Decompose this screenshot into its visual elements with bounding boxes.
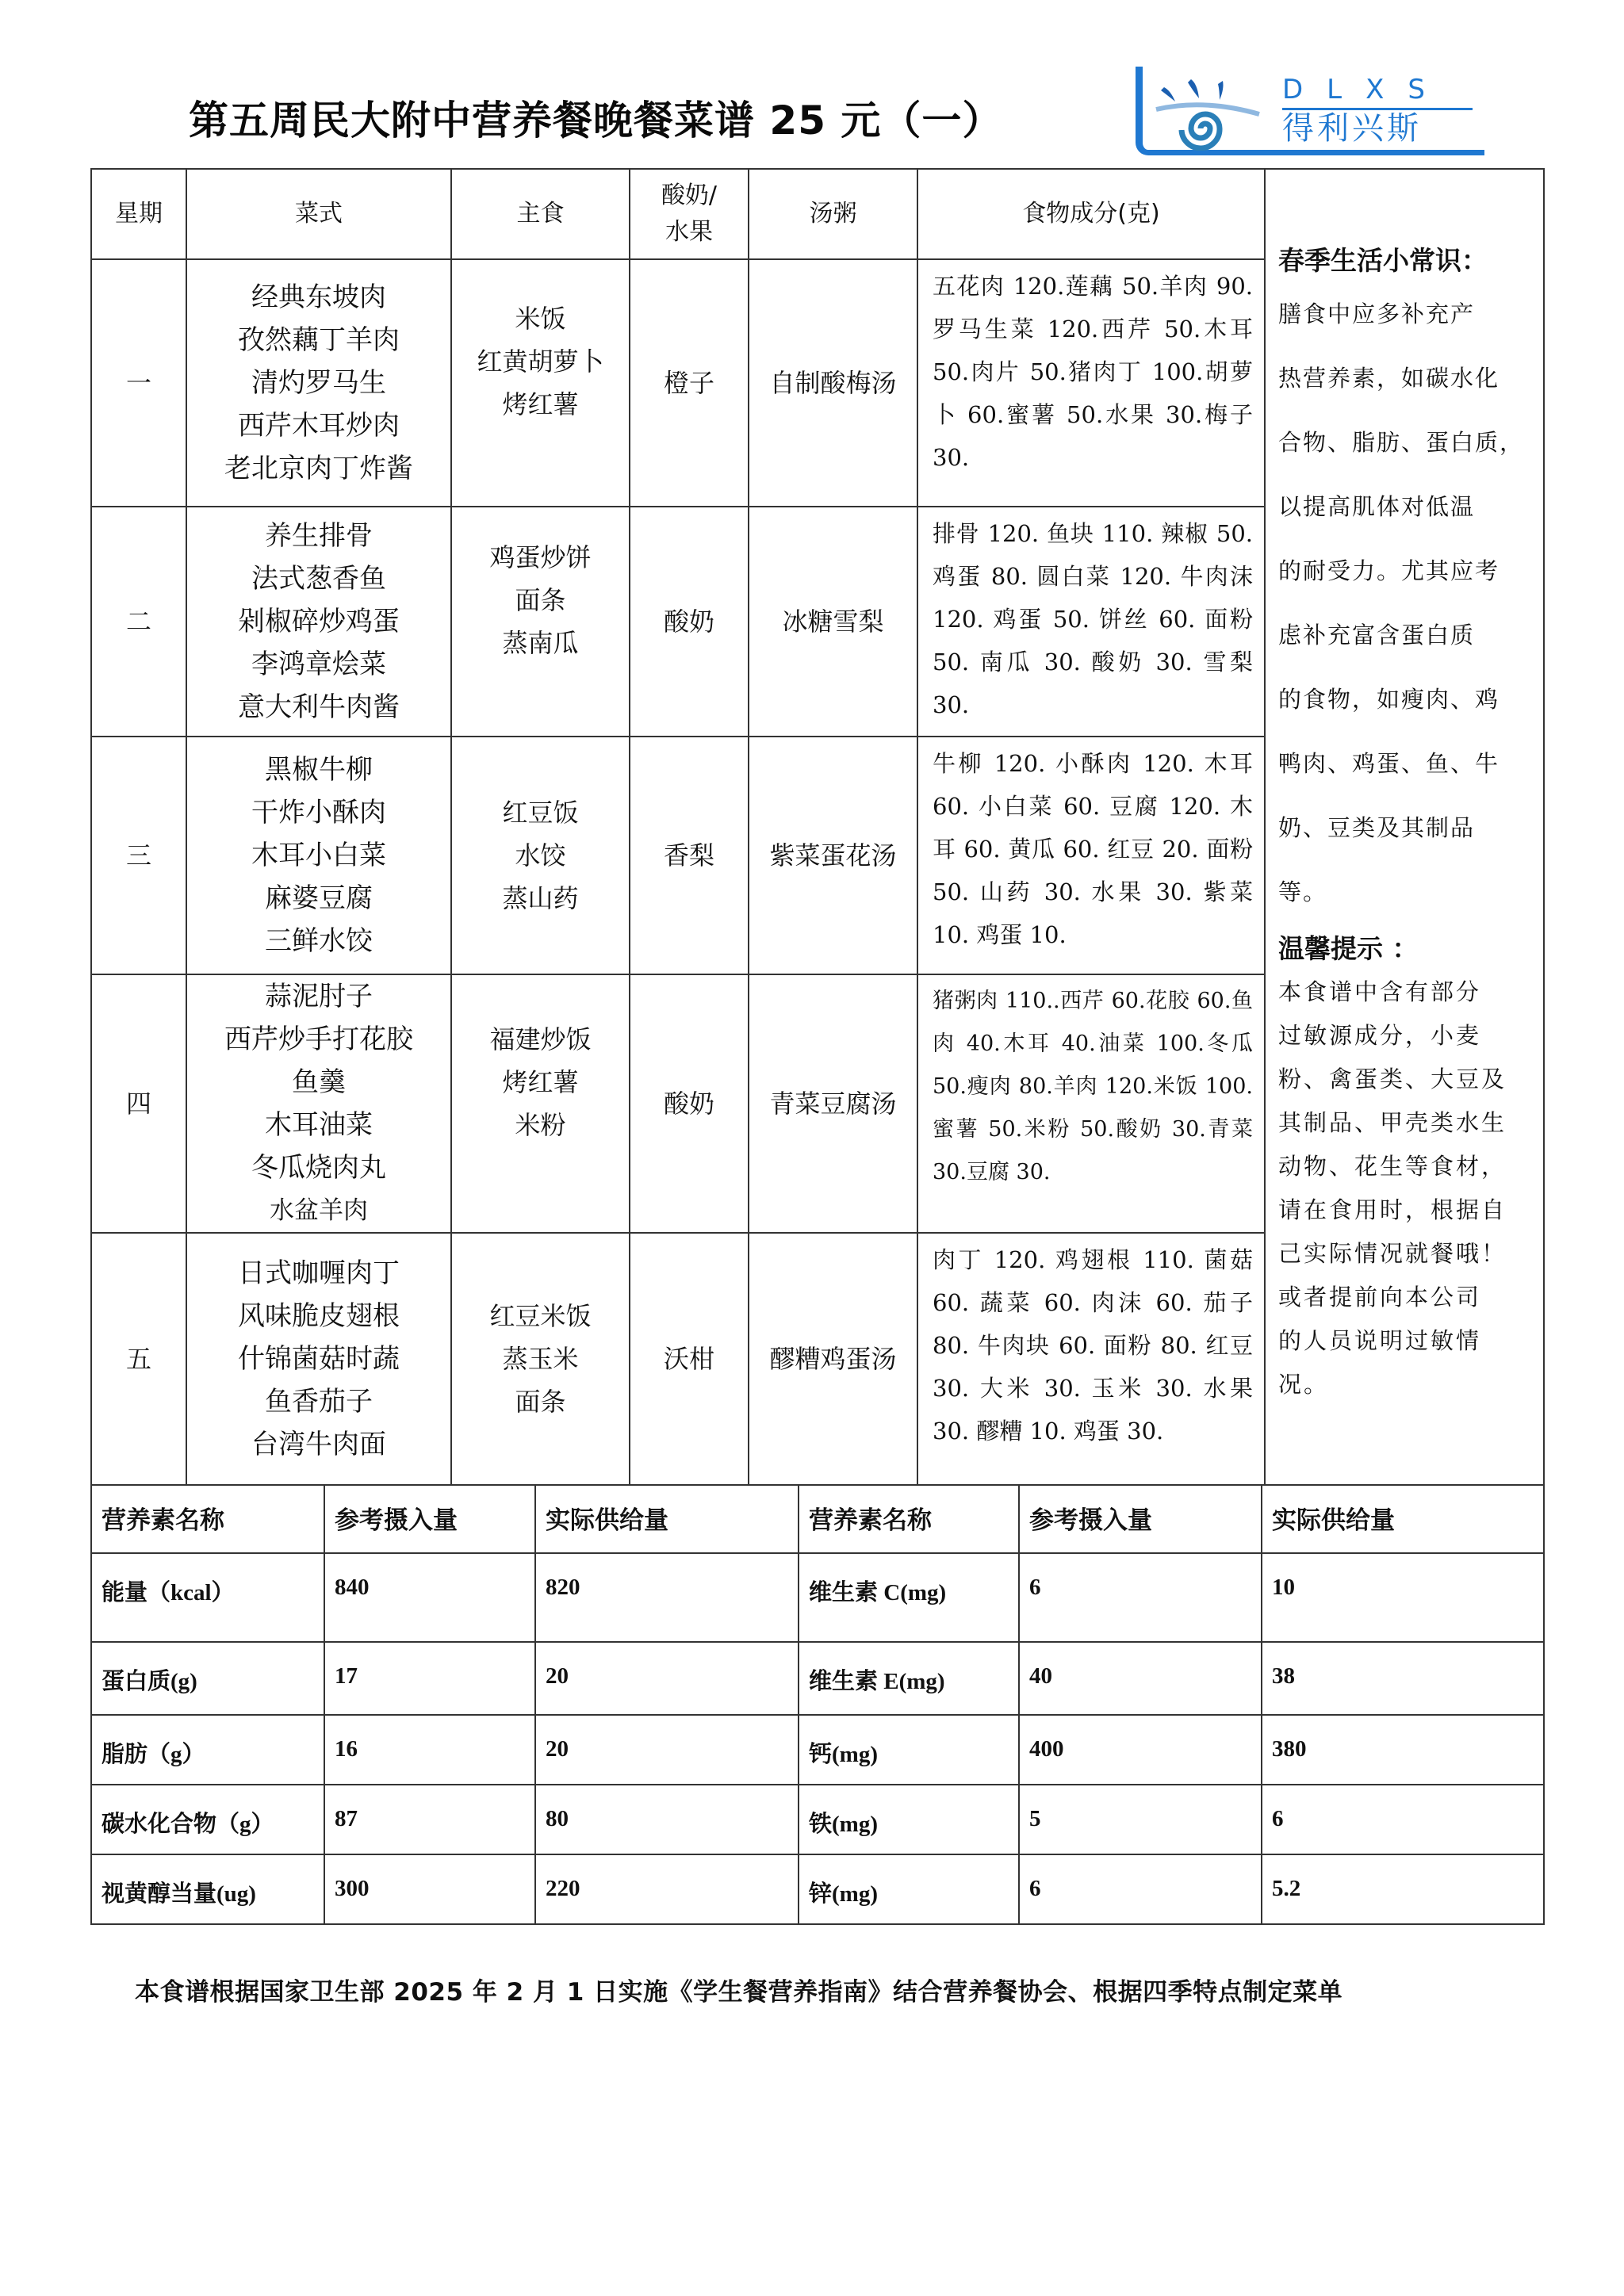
soup-cell: 青菜豆腐汤	[749, 974, 917, 1233]
staples-cell: 米饭 红黄胡萝卜 烤红薯	[451, 259, 630, 507]
col-header-nutrient: 营养素名称	[91, 1485, 324, 1553]
yogurt-fruit-cell: 橙子	[630, 259, 749, 507]
col-header-reference: 参考摄入量	[1019, 1485, 1262, 1553]
weekly-menu-table: 星期 菜式 主食 酸奶/ 水果 汤粥 食物成分(克) 春季生活小常识： 膳食中应…	[90, 168, 1545, 1486]
allergy-warning-text: 本食谱中含有部分 过敏源成分，小麦 粉、禽蛋类、大豆及 其制品、甲壳类水生 动物…	[1278, 970, 1534, 1406]
tips-panel: 春季生活小常识： 膳食中应多补充产 热营养素，如碳水化 合物、脂肪、蛋白质， 以…	[1265, 169, 1544, 1485]
staples-cell: 鸡蛋炒饼 面条 蒸南瓜	[451, 507, 630, 737]
ingredients-cell: 排骨 120. 鱼块 110. 辣椒 50. 鸡蛋 80. 圆白菜 120. 牛…	[917, 507, 1265, 737]
day-cell: 五	[91, 1233, 186, 1485]
eye-swirl-logo-icon	[1150, 71, 1269, 151]
nutrition-row: 能量（kcal） 840 820 维生素 C(mg) 6 10	[91, 1553, 1544, 1642]
page-title: 第五周民大附中营养餐晚餐菜谱 25 元（一）	[189, 89, 1002, 146]
yogurt-fruit-cell: 酸奶	[630, 974, 749, 1233]
menu-header-row: 星期 菜式 主食 酸奶/ 水果 汤粥 食物成分(克) 春季生活小常识： 膳食中应…	[91, 169, 1544, 259]
soup-cell: 自制酸梅汤	[749, 259, 917, 507]
col-header-ingredients: 食物成分(克)	[917, 169, 1265, 259]
nutrition-header-row: 营养素名称 参考摄入量 实际供给量 营养素名称 参考摄入量 实际供给量	[91, 1485, 1544, 1553]
dishes-cell: 经典东坡肉 孜然藕丁羊肉 清灼罗马生 西芹木耳炒肉 老北京肉丁炸酱	[186, 259, 451, 507]
staples-cell: 福建炒饭 烤红薯 米粉	[451, 974, 630, 1233]
col-header-dishes: 菜式	[186, 169, 451, 259]
nutrition-row: 碳水化合物（g） 87 80 铁(mg) 5 6	[91, 1785, 1544, 1854]
col-header-staples: 主食	[451, 169, 630, 259]
staples-cell: 红豆米饭 蒸玉米 面条	[451, 1233, 630, 1485]
nutrition-row: 视黄醇当量(ug) 300 220 锌(mg) 6 5.2	[91, 1854, 1544, 1924]
col-header-yogurt-fruit: 酸奶/ 水果	[630, 169, 749, 259]
ingredients-cell: 五花肉 120.莲藕 50.羊肉 90.罗马生菜 120.西芹 50.木耳 50…	[917, 259, 1265, 507]
yogurt-fruit-cell: 香梨	[630, 737, 749, 974]
logo-english-text: DLXS	[1282, 73, 1473, 110]
col-header-day: 星期	[91, 169, 186, 259]
col-header-soup: 汤粥	[749, 169, 917, 259]
day-cell: 一	[91, 259, 186, 507]
soup-cell: 醪糟鸡蛋汤	[749, 1233, 917, 1485]
logo-chinese-text: 得利兴斯	[1282, 111, 1422, 146]
yogurt-fruit-cell: 酸奶	[630, 507, 749, 737]
dishes-cell: 蒜泥肘子 西芹炒手打花胶 鱼羹 木耳油菜 冬瓜烧肉丸 水盆羊肉	[186, 974, 451, 1233]
day-cell: 四	[91, 974, 186, 1233]
dishes-cell: 日式咖喱肉丁 风味脆皮翅根 什锦菌菇时蔬 鱼香茄子 台湾牛肉面	[186, 1233, 451, 1485]
col-header-actual: 实际供给量	[535, 1485, 799, 1553]
allergy-warning-title: 温馨提示 ：	[1278, 928, 1534, 970]
col-header-actual: 实际供给量	[1262, 1485, 1544, 1553]
footer-note: 本食谱根据国家卫生部 2025 年 2 月 1 日实施《学生餐营养指南》结合营养…	[135, 1972, 1342, 2007]
dishes-cell: 养生排骨 法式葱香鱼 剁椒碎炒鸡蛋 李鸿章烩菜 意大利牛肉酱	[186, 507, 451, 737]
day-cell: 三	[91, 737, 186, 974]
day-cell: 二	[91, 507, 186, 737]
soup-cell: 冰糖雪梨	[749, 507, 917, 737]
col-header-reference: 参考摄入量	[324, 1485, 535, 1553]
nutrition-row: 脂肪（g） 16 20 钙(mg) 400 380	[91, 1715, 1544, 1785]
spring-tips-title: 春季生活小常识：	[1278, 239, 1534, 282]
soup-cell: 紫菜蛋花汤	[749, 737, 917, 974]
ingredients-cell: 肉丁 120. 鸡翅根 110. 菌菇 60. 蔬菜 60. 肉沫 60. 茄子…	[917, 1233, 1265, 1485]
company-logo: DLXS 得利兴斯	[1136, 67, 1484, 155]
ingredients-cell: 猪粥肉 110..西芹 60.花胶 60.鱼肉 40.木耳 40.油菜 100.…	[917, 974, 1265, 1233]
nutrition-table: 营养素名称 参考摄入量 实际供给量 营养素名称 参考摄入量 实际供给量 能量（k…	[90, 1484, 1545, 1925]
col-header-nutrient: 营养素名称	[799, 1485, 1019, 1553]
staples-cell: 红豆饭 水饺 蒸山药	[451, 737, 630, 974]
nutrition-row: 蛋白质(g) 17 20 维生素 E(mg) 40 38	[91, 1642, 1544, 1715]
yogurt-fruit-cell: 沃柑	[630, 1233, 749, 1485]
spring-tips-text: 膳食中应多补充产 热营养素，如碳水化 合物、脂肪、蛋白质， 以提高肌体对低温 的…	[1278, 282, 1534, 924]
dishes-cell: 黑椒牛柳 干炸小酥肉 木耳小白菜 麻婆豆腐 三鲜水饺	[186, 737, 451, 974]
ingredients-cell: 牛柳 120. 小酥肉 120. 木耳 60. 小白菜 60. 豆腐 120. …	[917, 737, 1265, 974]
